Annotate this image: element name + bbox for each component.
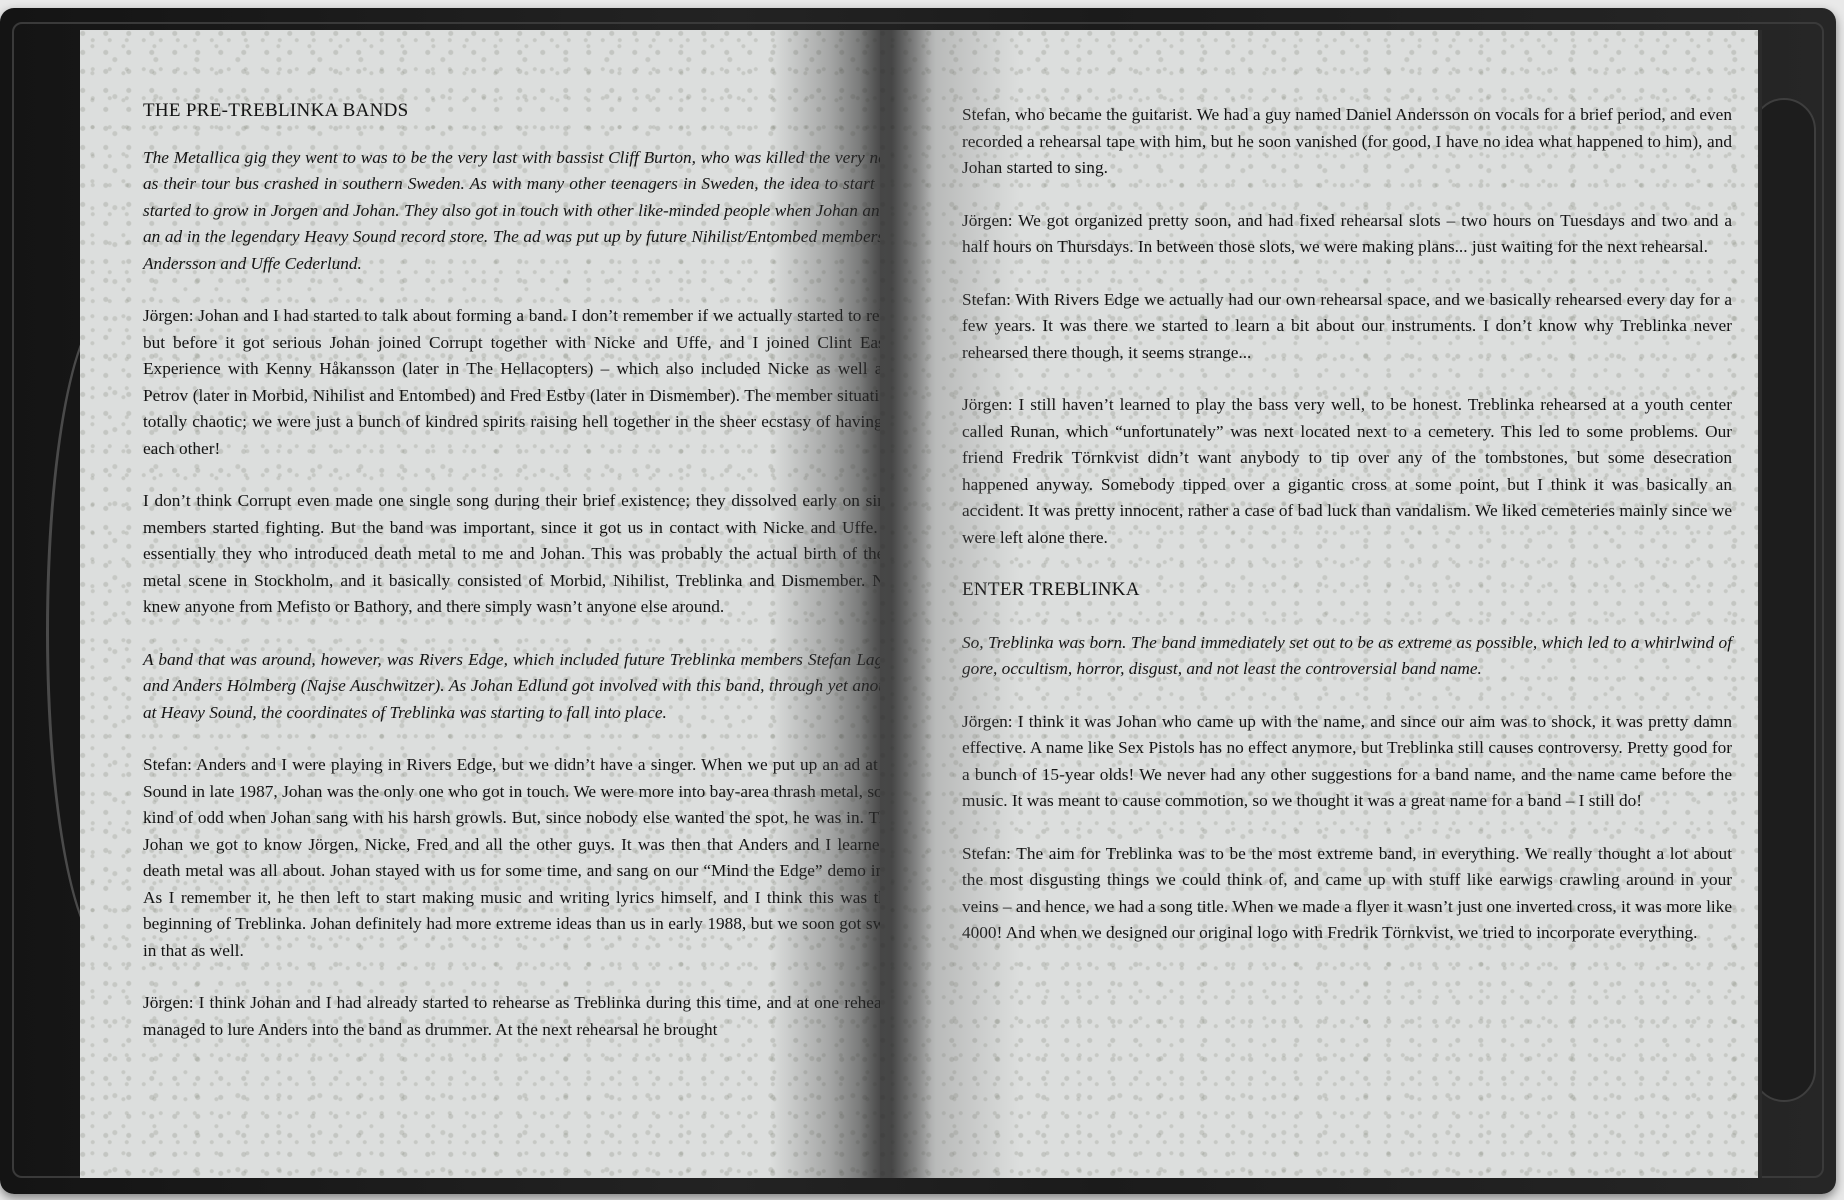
paragraph-jorgen-rehearse: Jörgen: I think Johan and I had already …	[143, 990, 880, 1043]
left-page-content: THE PRE-TREBLINKA BANDS The Metallica gi…	[143, 98, 880, 1069]
paragraph-stefan-rivers-edge: Stefan: Anders and I were playing in Riv…	[143, 752, 880, 964]
intro-paragraph: The Metallica gig they went to was to be…	[143, 145, 880, 278]
page-edge	[1758, 30, 1762, 1178]
left-page: THE PRE-TREBLINKA BANDS The Metallica gi…	[80, 30, 880, 1178]
paragraph-treblinka-born: So, Treblinka was born. The band immedia…	[962, 630, 1732, 683]
paragraph-jorgen-organized: Jörgen: We got organized pretty soon, an…	[962, 208, 1732, 261]
paragraph-jorgen-bass: Jörgen: I still haven’t learned to play …	[962, 392, 1732, 551]
paragraph-corrupt: I don’t think Corrupt even made one sing…	[143, 488, 880, 621]
paragraph-jorgen-name: Jörgen: I think it was Johan who came up…	[962, 709, 1732, 815]
right-page: Stefan, who became the guitarist. We had…	[880, 30, 1760, 1178]
paragraph-stefan-guitarist: Stefan, who became the guitarist. We had…	[962, 102, 1732, 182]
paragraph-stefan-rehearsal-space: Stefan: With Rivers Edge we actually had…	[962, 287, 1732, 367]
section-heading-pre-treblinka-bands: THE PRE-TREBLINKA BANDS	[143, 98, 880, 125]
paragraph-stefan-extreme: Stefan: The aim for Treblinka was to be …	[962, 841, 1732, 947]
section-heading-enter-treblinka: ENTER TREBLINKA	[962, 577, 1732, 604]
paragraph-jorgen-forming-band: Jörgen: Johan and I had started to talk …	[143, 303, 880, 462]
paragraph-rivers-edge-intro: A band that was around, however, was Riv…	[143, 647, 880, 727]
book-gutter	[860, 30, 930, 1178]
right-page-content: Stefan, who became the guitarist. We had…	[962, 102, 1732, 973]
